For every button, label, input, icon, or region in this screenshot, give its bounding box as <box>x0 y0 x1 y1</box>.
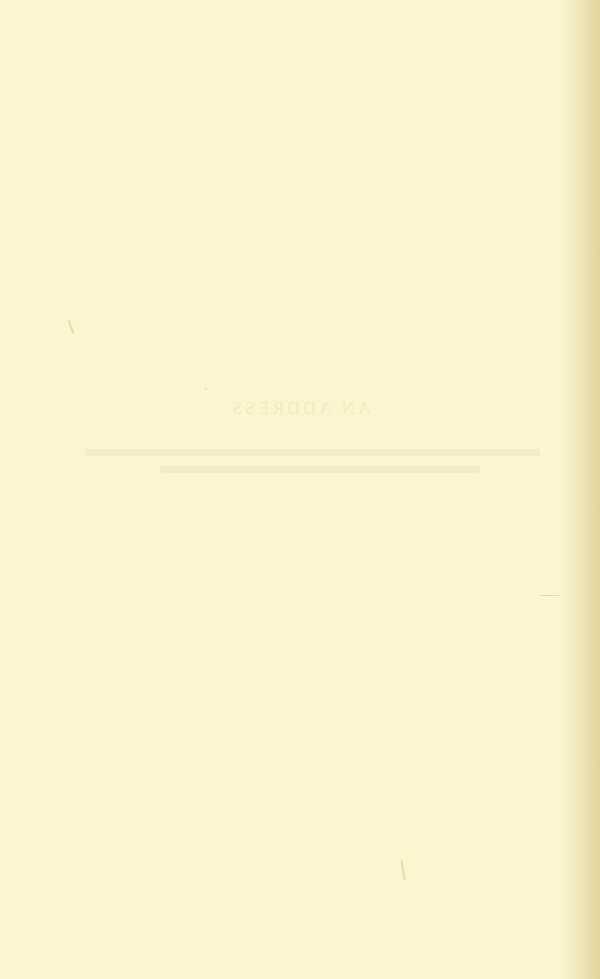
paper-speck <box>68 320 75 334</box>
show-through-line-2 <box>160 466 480 473</box>
show-through-heading: AN ADDRESS <box>0 398 600 419</box>
paper-speck <box>540 595 560 596</box>
paper-speck <box>400 860 405 880</box>
show-through-line-1 <box>85 449 540 456</box>
paper-speck <box>205 388 207 390</box>
scanned-book-page: AN ADDRESS <box>0 0 600 979</box>
